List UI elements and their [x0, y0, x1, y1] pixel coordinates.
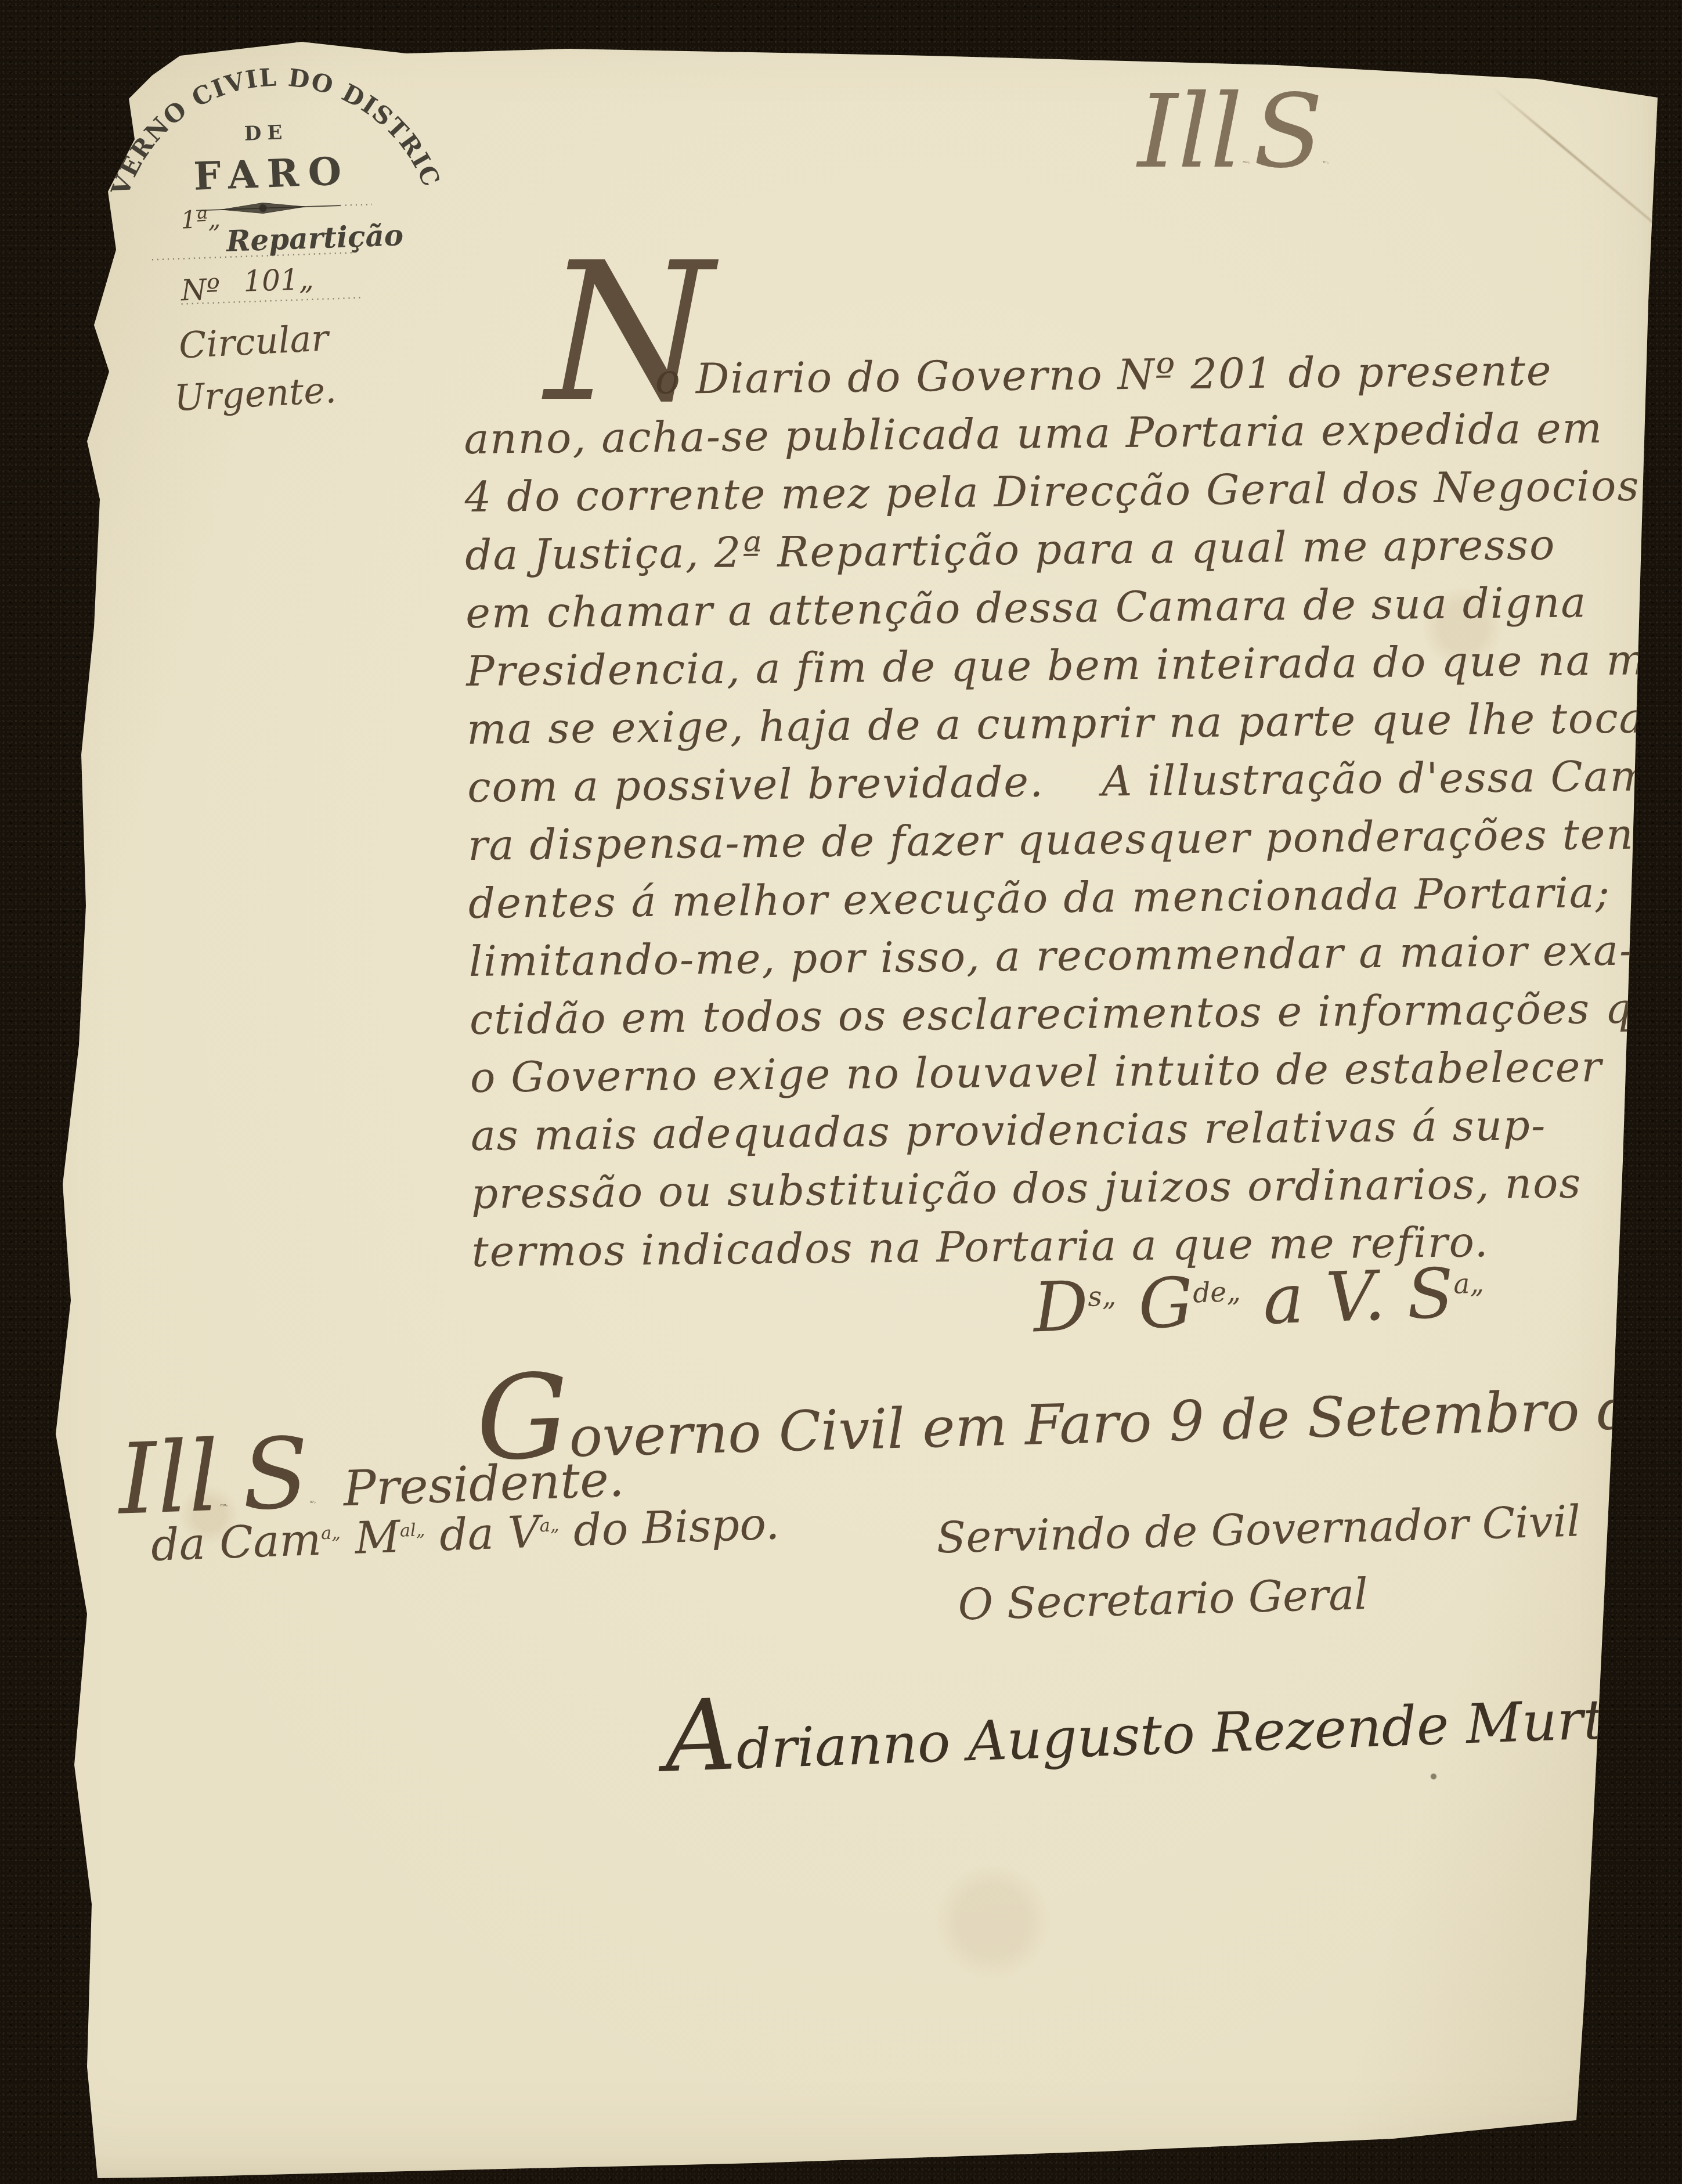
- salutation-illmo-snr: Illmo„ Snr„: [1138, 81, 1329, 183]
- stamp-number-value: 101„: [243, 262, 314, 298]
- letter-body: o Diario do Governo Nº 201 do presente a…: [463, 340, 1682, 1281]
- signature: Adrianno Augusto Rezende Murteira: [663, 1644, 1682, 1794]
- valediction-gap: [1242, 1324, 1264, 1324]
- addressee-cam: da Cam: [150, 1513, 322, 1571]
- addressee-m: M: [340, 1511, 401, 1565]
- salutation-ill: Ill: [1138, 73, 1243, 191]
- addressee-v: da V: [424, 1506, 540, 1562]
- circular-label: Circular: [178, 316, 329, 366]
- salutation-s-sup: nr„: [1323, 160, 1329, 164]
- stamp-repartition-number: 1ª„: [181, 204, 221, 234]
- office-line-governor: Servindo de Governador Civil: [936, 1497, 1582, 1563]
- valediction-gap: [1305, 1321, 1327, 1322]
- stamp-ornament-divider: [196, 199, 372, 216]
- valediction-d-sup: s„: [1087, 1280, 1117, 1313]
- office-line-secretary: O Secretario Geral: [958, 1563, 1583, 1630]
- valediction-g: G: [1137, 1262, 1194, 1344]
- stamp-repartition-label: Repartição: [225, 218, 404, 258]
- addressee-block: Illmo„Snr„Presidente. da Cama„ Mal„ da V…: [117, 1408, 780, 1572]
- paper-sheet: GOVERNO CIVIL DO DISTRICTO DE FARO 1ª„ R…: [0, 0, 1682, 2184]
- scanned-letter-photo: GOVERNO CIVIL DO DISTRICTO DE FARO 1ª„ R…: [0, 0, 1682, 2184]
- valediction-g-sup: de„: [1192, 1276, 1241, 1310]
- addressee-m-sup: al„: [399, 1520, 425, 1541]
- stamp-de-text: DE: [244, 121, 288, 146]
- office-block: Servindo de Governador Civil O Secretari…: [936, 1497, 1583, 1631]
- stamp-number-label: Nº: [180, 272, 221, 307]
- salutation-s: S: [1253, 73, 1323, 191]
- valediction-a: a: [1262, 1258, 1305, 1339]
- valediction-vs: V. S: [1324, 1253, 1455, 1338]
- urgente-label: Urgente.: [173, 369, 337, 420]
- salutation-ill-sup: mo„: [1243, 160, 1250, 164]
- body-line: pressão ou substituição dos juizos ordin…: [471, 1153, 1682, 1223]
- valediction-d: D: [1032, 1266, 1089, 1347]
- letterhead-stamp: GOVERNO CIVIL DO DISTRICTO DE FARO 1ª„ R…: [95, 58, 452, 326]
- valediction-gap: [1117, 1328, 1139, 1328]
- addressee-ill-sup: mo„: [220, 1502, 228, 1507]
- addressee-v-sup: a„: [539, 1515, 560, 1536]
- addressee-cam-sup: a„: [321, 1523, 341, 1544]
- paper-crease: [1491, 86, 1682, 263]
- addressee-bispo: do Bispo.: [558, 1497, 780, 1556]
- addressee-s-sup: nr„: [310, 1500, 316, 1504]
- valediction-vs-sup: a„: [1453, 1267, 1484, 1300]
- stamp-district-name: FARO: [193, 148, 351, 199]
